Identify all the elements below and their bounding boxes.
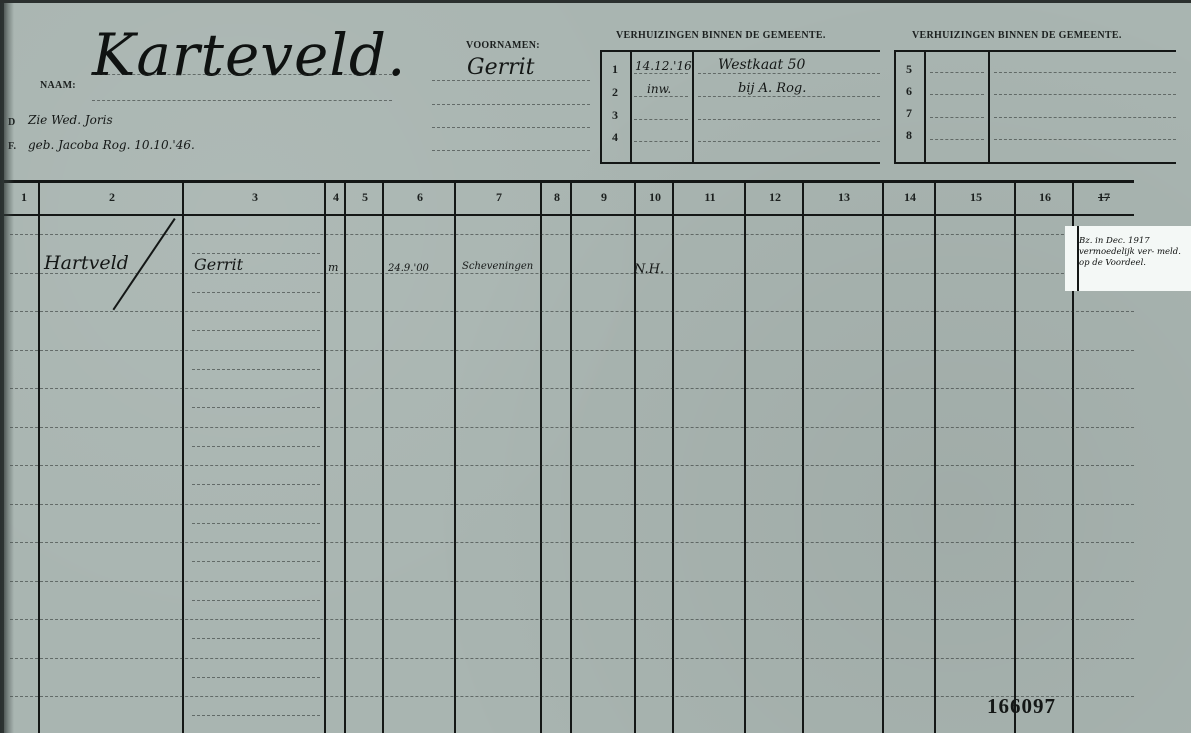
ml-line [698, 73, 880, 74]
entry-birth-date: 24.9.'00 [388, 263, 429, 274]
mr-line [994, 117, 1176, 118]
note-text: Bz. in Dec. 1917 vermoedelijk ver- meld.… [1079, 236, 1189, 269]
column-divider [934, 183, 936, 733]
column-header-17-struck: 17 [1074, 190, 1134, 205]
ml-line [634, 96, 688, 97]
ruled-half-line [192, 600, 320, 601]
d-value: Zie Wed. Joris [28, 113, 113, 127]
ruled-row-line [10, 696, 1134, 697]
surname-handwritten: Karteveld. [92, 21, 406, 89]
voornamen-line-1 [432, 80, 590, 81]
column-header-12: 12 [746, 190, 804, 205]
ruled-row-line [10, 427, 1134, 428]
column-header-3: 3 [184, 190, 326, 205]
move-row-number: 2 [612, 85, 618, 100]
mr-line [930, 117, 984, 118]
ml-line [698, 119, 880, 120]
column-divider [570, 183, 572, 733]
ruled-row-line [10, 234, 1134, 235]
column-header-2: 2 [40, 190, 184, 205]
move-date: 14.12.'16 [635, 59, 692, 73]
registration-card: NAAM: Karteveld. D Zie Wed. Joris F. geb… [4, 0, 1191, 733]
move-row-number: 3 [612, 108, 618, 123]
ruled-row-line [10, 504, 1134, 505]
name-base-line [92, 100, 392, 101]
ruled-half-line [192, 523, 320, 524]
first-name-handwritten: Gerrit [467, 55, 535, 80]
mr-line [994, 139, 1176, 140]
scan-edge-shadow [0, 0, 14, 733]
column-divider [454, 183, 456, 733]
ruled-row-line [10, 273, 1134, 274]
column-divider [744, 183, 746, 733]
column-header-4: 4 [326, 190, 346, 205]
moves-right-divider-1 [924, 50, 926, 163]
moves-left-divider-2 [692, 50, 694, 163]
ml-line [634, 73, 688, 74]
mr-line [930, 139, 984, 140]
ruled-row-line [10, 350, 1134, 351]
mr-line [994, 72, 1176, 73]
column-divider [672, 183, 674, 733]
column-header-6: 6 [384, 190, 456, 205]
moves-right-title: VERHUIZINGEN BINNEN DE GEMEENTE. [912, 30, 1122, 41]
serial-number: 166097 [987, 694, 1056, 719]
ruled-row-line [10, 581, 1134, 582]
column-divider [344, 183, 346, 733]
ml-line [634, 141, 688, 142]
ruled-half-line [192, 638, 320, 639]
ruled-half-line [192, 715, 320, 716]
ruled-half-line [192, 677, 320, 678]
ruled-half-line [192, 561, 320, 562]
entry-birth-place: Scheveningen [462, 260, 542, 273]
voornamen-label: VOORNAMEN: [466, 40, 540, 51]
ml-line [634, 119, 688, 120]
move-row-number: 5 [906, 62, 912, 77]
name-guide-line [92, 74, 392, 75]
move-row-number: 1 [612, 62, 618, 77]
move-row-number: 7 [906, 106, 912, 121]
mr-line [930, 72, 984, 73]
table-top-rule [4, 180, 1134, 183]
column-header-16: 16 [1016, 190, 1074, 205]
column-header-10: 10 [636, 190, 674, 205]
voornamen-line-3 [432, 127, 590, 128]
voornamen-line-4 [432, 150, 590, 151]
pasted-note: Bz. in Dec. 1917 vermoedelijk ver- meld.… [1065, 226, 1191, 291]
move-row-number: 8 [906, 128, 912, 143]
ruled-half-line [192, 253, 320, 254]
moves-left-divider-1 [630, 50, 632, 163]
table-header-rule [4, 214, 1134, 216]
ruled-row-line [10, 658, 1134, 659]
move-row-number: 6 [906, 84, 912, 99]
move-date: inw. [647, 82, 671, 96]
column-divider [38, 183, 40, 733]
mr-line [930, 94, 984, 95]
entry-given-name: Gerrit [194, 255, 243, 274]
column-header-11: 11 [674, 190, 746, 205]
moves-right-table [894, 50, 1176, 164]
moves-right-divider-2 [988, 50, 990, 163]
column-header-15: 15 [936, 190, 1016, 205]
column-header-14: 14 [884, 190, 936, 205]
ruled-half-line [192, 369, 320, 370]
column-header-9: 9 [572, 190, 636, 205]
ruled-row-line [10, 311, 1134, 312]
ml-line [698, 141, 880, 142]
column-header-8: 8 [542, 190, 572, 205]
column-header-13: 13 [804, 190, 884, 205]
ruled-half-line [192, 484, 320, 485]
column-divider [182, 183, 184, 733]
move-address: bij A. Rog. [738, 81, 806, 96]
column-divider [882, 183, 884, 733]
ruled-row-line [10, 388, 1134, 389]
column-divider [802, 183, 804, 733]
voornamen-line-2 [432, 104, 590, 105]
column-header-5: 5 [346, 190, 384, 205]
move-address: Westkaat 50 [718, 57, 805, 73]
entry-religion: N.H. [634, 262, 664, 277]
mr-line [994, 94, 1176, 95]
naam-label: NAAM: [40, 80, 76, 91]
move-row-number: 4 [612, 130, 618, 145]
ruled-row-line [10, 619, 1134, 620]
ml-line [698, 96, 880, 97]
column-header-7: 7 [456, 190, 542, 205]
ruled-half-line [192, 330, 320, 331]
column-header-1: 1 [10, 190, 38, 205]
entry-sex: m [328, 261, 338, 274]
ruled-row-line [10, 542, 1134, 543]
column-divider [1014, 183, 1016, 733]
ruled-half-line [192, 446, 320, 447]
scan-top-edge [0, 0, 1191, 3]
f-value: geb. Jacoba Rog. 10.10.'46. [28, 138, 195, 152]
ruled-half-line [192, 292, 320, 293]
entry-surname: Hartveld [44, 252, 129, 274]
moves-left-title: VERHUIZINGEN BINNEN DE GEMEENTE. [616, 30, 826, 41]
column-divider [324, 183, 326, 733]
column-divider [382, 183, 384, 733]
ruled-half-line [192, 407, 320, 408]
ruled-row-line [10, 465, 1134, 466]
